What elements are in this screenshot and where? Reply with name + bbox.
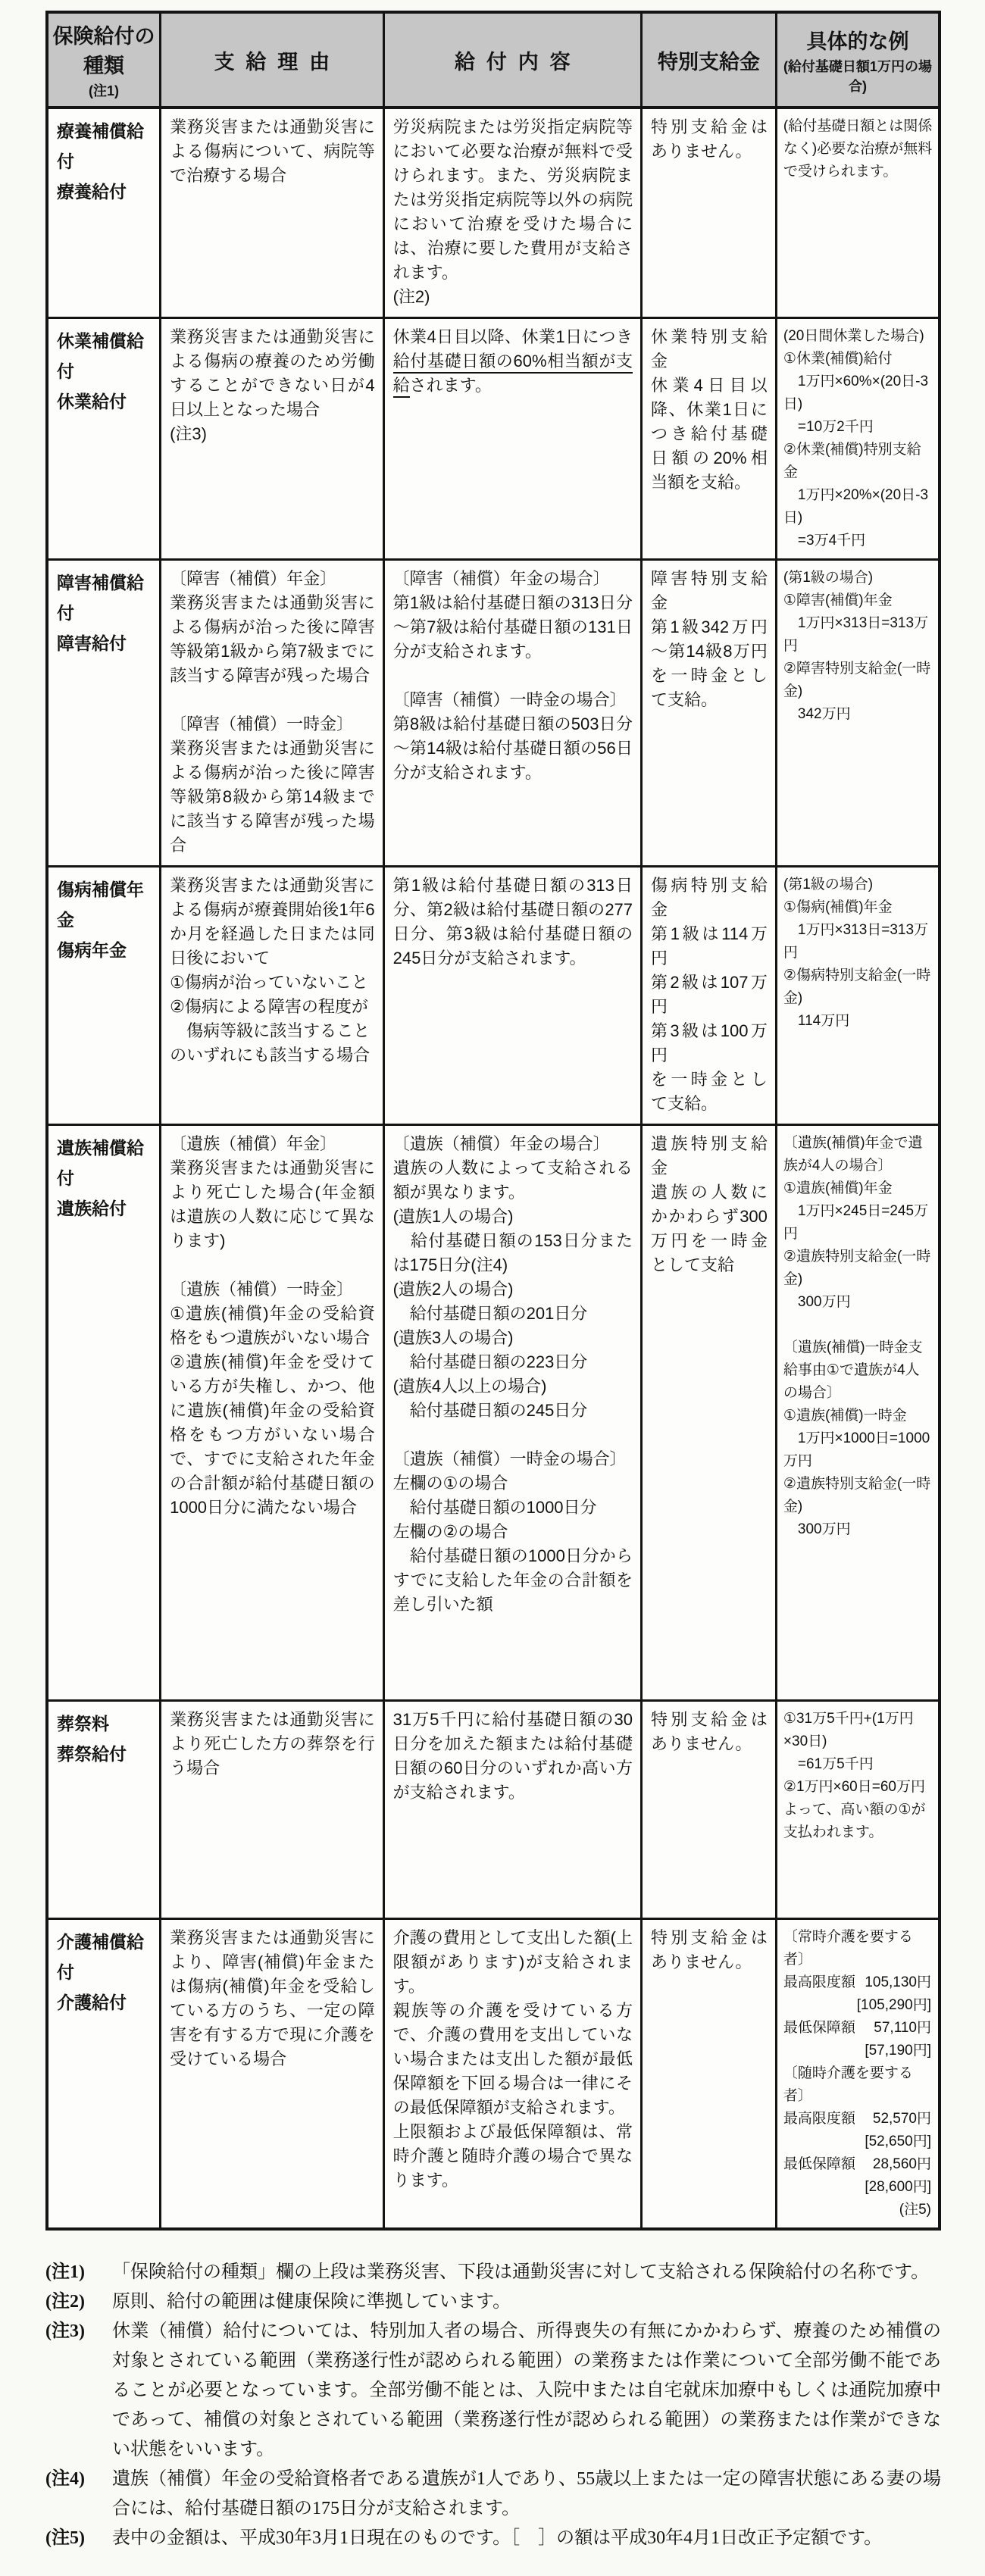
- benefit-content-text: 労災病院または労災指定病院等において必要な治療が無料で受けられます。また、労災病…: [393, 115, 633, 309]
- benefit-type-cell: 障害補償給付 障害給付: [47, 560, 161, 867]
- special-payment-text: 特別支給金はありません。: [651, 115, 768, 164]
- special-payment-text: 特別支給金はありません。: [651, 1926, 768, 1974]
- footnotes-section: (注1) 「保険給付の種類」欄の上段は業務災害、下段は通勤災害に対して支給される…: [45, 2258, 941, 2553]
- note-item: (注3) 休業（補償）給付については、特別加入者の場合、所得喪失の有無にかかわら…: [45, 2317, 941, 2465]
- note-item: (注4) 遺族（補償）年金の受給資格者である遺族が1人であり、55歳以上または一…: [45, 2465, 941, 2524]
- benefit-content-text: 第1級は給付基礎日額の313日分、第2級は給付基礎日額の277日分、第3級は給付…: [393, 874, 633, 971]
- header-benefit-type-label: 保険給付の種類: [50, 20, 158, 79]
- table-row-funeral: 葬祭料 葬祭給付 業務災害または通勤災害により死亡した方の葬祭を行う場合 31万…: [47, 1701, 940, 1919]
- content-segment: 休業4日目以降、休業1日につき: [393, 327, 633, 346]
- special-payment-cell: 休業特別支給金 休業4日目以降、休業1日につき給付基礎日額の20%相当額を支給。: [642, 318, 777, 560]
- note-text: 「保険給付の種類」欄の上段は業務災害、下段は通勤災害に対して支給される保険給付の…: [112, 2258, 941, 2287]
- benefit-content-cell: 〔障害（補償）年金の場合〕 第1級は給付基礎日額の313日分～第7級は給付基礎日…: [383, 560, 641, 867]
- care-max-limit-value: 105,130円: [865, 1971, 931, 1994]
- table-row-medical-care: 療養補償給付 療養給付 業務災害または通勤災害による傷病について、病院等で治療す…: [47, 108, 940, 318]
- benefit-content-text: 介護の費用として支出した額(上限額があります)が支給されます。 親族等の介護を受…: [393, 1926, 633, 2193]
- special-payment-text: 障害特別支給金 第1級342万円～第14級8万円を一時金として支給。: [651, 567, 768, 712]
- scanned-benefits-document: 保険給付の種類 (注1) 支給理由 給付内容 特別支給金 具体的な例 (給付基礎…: [0, 0, 985, 2576]
- benefit-content-cell: 労災病院または労災指定病院等において必要な治療が無料で受けられます。また、労災病…: [383, 108, 641, 318]
- note-item: (注5) 表中の金額は、平成30年3月1日現在のものです。［ ］の額は平成30年…: [45, 2524, 941, 2553]
- note-item: (注1) 「保険給付の種類」欄の上段は業務災害、下段は通勤災害に対して支給される…: [45, 2258, 941, 2287]
- benefit-type-text: 遺族補償給付 遺族給付: [57, 1133, 152, 1224]
- header-concrete-example-sub: (給付基礎日額1万円の場合): [779, 56, 937, 95]
- care-max-limit-revised: [52,650円]: [783, 2131, 933, 2153]
- note-label: (注2): [45, 2287, 112, 2317]
- care-occasional-title: 〔随時介護を要する者〕: [783, 2062, 933, 2108]
- care-min-guarantee-value: 57,110円: [874, 2017, 931, 2040]
- payment-reason-cell: 〔障害（補償）年金〕 業務災害または通勤災害による傷病が治った後に障害等級第1級…: [161, 560, 384, 867]
- note-label: (注1): [45, 2258, 112, 2287]
- benefit-content-text: 休業4日目以降、休業1日につき給付基礎日額の60%相当額が支給されます。: [393, 325, 633, 398]
- benefit-type-cell: 遺族補償給付 遺族給付: [47, 1125, 161, 1701]
- care-min-guarantee-label: 最低保障額: [783, 2017, 855, 2040]
- content-segment: されます。: [410, 376, 492, 395]
- note-text: 休業（補償）給付については、特別加入者の場合、所得喪失の有無にかかわらず、療養の…: [112, 2317, 941, 2465]
- special-payment-cell: 障害特別支給金 第1級342万円～第14級8万円を一時金として支給。: [642, 560, 777, 867]
- care-max-limit-label: 最高限度額: [783, 1971, 855, 1994]
- concrete-example-cell: ①31万5千円+(1万円×30日) =61万5千円 ②1万円×60日=60万円 …: [776, 1701, 940, 1919]
- care-max-limit-row: 最高限度額52,570円: [783, 2108, 933, 2131]
- note-label: (注3): [45, 2317, 112, 2346]
- payment-reason-text: 業務災害または通勤災害により、障害(補償)年金または傷病(補償)年金を受給してい…: [170, 1926, 375, 2071]
- header-concrete-example: 具体的な例 (給付基礎日額1万円の場合): [776, 12, 940, 108]
- special-payment-cell: 遺族特別支給金 遺族の人数にかかわらず300万円を一時金として支給: [642, 1125, 777, 1701]
- care-max-limit-label: 最高限度額: [783, 2108, 855, 2131]
- table-row-injury-disease-pension: 傷病補償年金 傷病年金 業務災害または通勤災害による傷病が療養開始後1年6か月を…: [47, 867, 940, 1125]
- benefit-content-cell: 31万5千円に給付基礎日額の30日分を加えた額または給付基礎日額の60日分のいず…: [383, 1701, 641, 1919]
- concrete-example-text: (第1級の場合) ①障害(補償)年金 1万円×313日=313万円 ②障害特別支…: [783, 567, 933, 726]
- special-payment-cell: 特別支給金はありません。: [642, 108, 777, 318]
- table-row-nursing-care: 介護補償給付 介護給付 業務災害または通勤災害により、障害(補償)年金または傷病…: [47, 1919, 940, 2230]
- concrete-example-cell: 〔遺族(補償)年金で遺族が4人の場合〕 ①遺族(補償)年金 1万円×245日=2…: [776, 1125, 940, 1701]
- benefit-content-text: 〔遺族（補償）年金の場合〕 遺族の人数によって支給される額が異なります。 (遺族…: [393, 1132, 633, 1617]
- note-label: (注5): [45, 2524, 112, 2553]
- care-min-guarantee-label: 最低保障額: [783, 2153, 855, 2176]
- benefit-type-text: 休業補償給付 休業給付: [57, 326, 152, 417]
- care-max-limit-value: 52,570円: [873, 2108, 931, 2131]
- concrete-example-text: ①31万5千円+(1万円×30日) =61万5千円 ②1万円×60日=60万円 …: [783, 1708, 933, 1844]
- benefit-type-text: 傷病補償年金 傷病年金: [57, 874, 152, 965]
- payment-reason-cell: 業務災害または通勤災害による傷病が療養開始後1年6か月を経過した日または同日後に…: [161, 867, 384, 1125]
- header-payment-reason: 支給理由: [161, 12, 384, 108]
- care-max-limit-revised: [105,290円]: [783, 1994, 933, 2017]
- special-payment-cell: 特別支給金はありません。: [642, 1701, 777, 1919]
- benefit-type-text: 障害補償給付 障害給付: [57, 567, 152, 658]
- concrete-example-cell: 〔常時介護を要する者〕 最高限度額105,130円 [105,290円] 最低保…: [776, 1919, 940, 2230]
- benefit-content-text: 〔障害（補償）年金の場合〕 第1級は給付基礎日額の313日分～第7級は給付基礎日…: [393, 567, 633, 785]
- care-note-ref: (注5): [783, 2199, 933, 2221]
- benefit-type-cell: 葬祭料 葬祭給付: [47, 1701, 161, 1919]
- care-max-limit-row: 最高限度額105,130円: [783, 1971, 933, 1994]
- payment-reason-text: 〔障害（補償）年金〕 業務災害または通勤災害による傷病が治った後に障害等級第1級…: [170, 567, 375, 858]
- concrete-example-cell: (第1級の場合) ①傷病(補償)年金 1万円×313日=313万円 ②傷病特別支…: [776, 867, 940, 1125]
- benefit-content-cell: 休業4日目以降、休業1日につき給付基礎日額の60%相当額が支給されます。: [383, 318, 641, 560]
- benefit-type-cell: 休業補償給付 休業給付: [47, 318, 161, 560]
- note-text: 遺族（補償）年金の受給資格者である遺族が1人であり、55歳以上または一定の障害状…: [112, 2465, 941, 2524]
- special-payment-text: 傷病特別支給金 第1級は114万円 第2級は107万円 第3級は100万円 を一…: [651, 874, 768, 1116]
- payment-reason-text: 業務災害または通勤災害による傷病の療養のため労働することができない日が4日以上と…: [170, 325, 375, 446]
- header-special-payment: 特別支給金: [642, 12, 777, 108]
- note-text: 原則、給付の範囲は健康保険に準拠しています。: [112, 2287, 941, 2317]
- header-concrete-example-label: 具体的な例: [779, 25, 937, 55]
- benefit-type-cell: 療養補償給付 療養給付: [47, 108, 161, 318]
- care-min-guarantee-row: 最低保障額28,560円: [783, 2153, 933, 2176]
- concrete-example-text: (給付基礎日額とは関係なく)必要な治療が無料で受けられます。: [783, 115, 933, 183]
- payment-reason-cell: 業務災害または通勤災害による傷病について、病院等で治療する場合: [161, 108, 384, 318]
- special-payment-text: 遺族特別支給金 遺族の人数にかかわらず300万円を一時金として支給: [651, 1132, 768, 1277]
- care-example-block: 〔常時介護を要する者〕 最高限度額105,130円 [105,290円] 最低保…: [783, 1926, 933, 2221]
- concrete-example-text: (20日間休業した場合) ①休業(補償)給付 1万円×60%×(20日-3日) …: [783, 325, 933, 552]
- benefit-type-text: 介護補償給付 介護給付: [57, 1927, 152, 2018]
- care-min-guarantee-revised: [28,600円]: [783, 2176, 933, 2199]
- benefit-type-text: 療養補償給付 療養給付: [57, 116, 152, 207]
- payment-reason-cell: 業務災害または通勤災害により、障害(補償)年金または傷病(補償)年金を受給してい…: [161, 1919, 384, 2230]
- care-min-guarantee-value: 28,560円: [873, 2153, 931, 2176]
- insurance-benefits-table: 保険給付の種類 (注1) 支給理由 給付内容 特別支給金 具体的な例 (給付基礎…: [45, 11, 941, 2231]
- note-label: (注4): [45, 2465, 112, 2494]
- payment-reason-text: 業務災害または通勤災害による傷病について、病院等で治療する場合: [170, 115, 375, 188]
- payment-reason-cell: 業務災害または通勤災害により死亡した方の葬祭を行う場合: [161, 1701, 384, 1919]
- care-min-guarantee-revised: [57,190円]: [783, 2040, 933, 2062]
- benefit-content-cell: 介護の費用として支出した額(上限額があります)が支給されます。 親族等の介護を受…: [383, 1919, 641, 2230]
- special-payment-text: 特別支給金はありません。: [651, 1708, 768, 1756]
- benefit-type-text: 葬祭料 葬祭給付: [57, 1708, 152, 1769]
- concrete-example-text: 〔遺族(補償)年金で遺族が4人の場合〕 ①遺族(補償)年金 1万円×245日=2…: [783, 1132, 933, 1541]
- benefit-content-cell: 第1級は給付基礎日額の313日分、第2級は給付基礎日額の277日分、第3級は給付…: [383, 867, 641, 1125]
- concrete-example-cell: (20日間休業した場合) ①休業(補償)給付 1万円×60%×(20日-3日) …: [776, 318, 940, 560]
- care-min-guarantee-row: 最低保障額57,110円: [783, 2017, 933, 2040]
- payment-reason-text: 業務災害または通勤災害により死亡した方の葬祭を行う場合: [170, 1708, 375, 1780]
- special-payment-cell: 特別支給金はありません。: [642, 1919, 777, 2230]
- special-payment-cell: 傷病特別支給金 第1級は114万円 第2級は107万円 第3級は100万円 を一…: [642, 867, 777, 1125]
- payment-reason-cell: 業務災害または通勤災害による傷病の療養のため労働することができない日が4日以上と…: [161, 318, 384, 560]
- payment-reason-cell: 〔遺族（補償）年金〕 業務災害または通勤災害により死亡した場合(年金額は遺族の人…: [161, 1125, 384, 1701]
- table-row-temporary-absence: 休業補償給付 休業給付 業務災害または通勤災害による傷病の療養のため労働すること…: [47, 318, 940, 560]
- benefit-type-cell: 傷病補償年金 傷病年金: [47, 867, 161, 1125]
- header-benefit-type-note: (注1): [50, 80, 158, 100]
- special-payment-text: 休業特別支給金 休業4日目以降、休業1日につき給付基礎日額の20%相当額を支給。: [651, 325, 768, 495]
- header-benefit-type: 保険給付の種類 (注1): [47, 12, 161, 108]
- benefit-type-cell: 介護補償給付 介護給付: [47, 1919, 161, 2230]
- table-row-survivor: 遺族補償給付 遺族給付 〔遺族（補償）年金〕 業務災害または通勤災害により死亡し…: [47, 1125, 940, 1701]
- care-constant-title: 〔常時介護を要する者〕: [783, 1926, 933, 1971]
- benefit-content-cell: 〔遺族（補償）年金の場合〕 遺族の人数によって支給される額が異なります。 (遺族…: [383, 1125, 641, 1701]
- payment-reason-text: 〔遺族（補償）年金〕 業務災害または通勤災害により死亡した場合(年金額は遺族の人…: [170, 1132, 375, 1520]
- note-item: (注2) 原則、給付の範囲は健康保険に準拠しています。: [45, 2287, 941, 2317]
- table-row-disability: 障害補償給付 障害給付 〔障害（補償）年金〕 業務災害または通勤災害による傷病が…: [47, 560, 940, 867]
- concrete-example-text: (第1級の場合) ①傷病(補償)年金 1万円×313日=313万円 ②傷病特別支…: [783, 874, 933, 1033]
- header-row: 保険給付の種類 (注1) 支給理由 給付内容 特別支給金 具体的な例 (給付基礎…: [47, 12, 940, 108]
- payment-reason-text: 業務災害または通勤災害による傷病が療養開始後1年6か月を経過した日または同日後に…: [170, 874, 375, 1068]
- benefit-content-text: 31万5千円に給付基礎日額の30日分を加えた額または給付基礎日額の60日分のいず…: [393, 1708, 633, 1805]
- note-text: 表中の金額は、平成30年3月1日現在のものです。［ ］の額は平成30年4月1日改…: [112, 2524, 941, 2553]
- header-benefit-content: 給付内容: [383, 12, 641, 108]
- concrete-example-cell: (第1級の場合) ①障害(補償)年金 1万円×313日=313万円 ②障害特別支…: [776, 560, 940, 867]
- concrete-example-cell: (給付基礎日額とは関係なく)必要な治療が無料で受けられます。: [776, 108, 940, 318]
